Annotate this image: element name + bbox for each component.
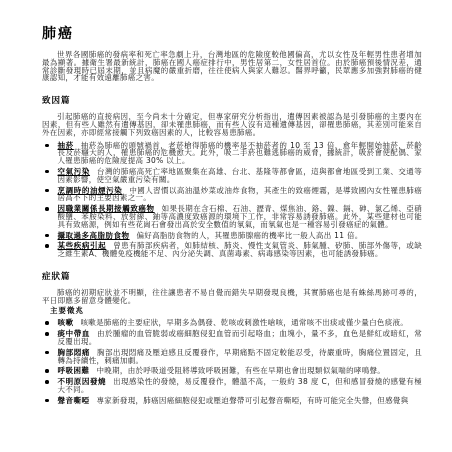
bullet-icon (45, 234, 49, 238)
bullet-icon (45, 207, 49, 211)
bullet-icon (45, 380, 49, 384)
bullet-text: 曾患有肺部疾病者，如肺結核、肺炎、慢性支氣管炎、肺氣腫、矽肺、肺部外傷等，或缺乏… (58, 241, 423, 258)
bullet-icon (45, 399, 49, 403)
bullet-icon (45, 170, 49, 174)
intro-paragraph: 世界各國肺癌的發病率和死亡率急劇上升，台灣地區的危險度較他國偏高，尤以女性及年輕… (42, 51, 422, 82)
list-item: 某些疾病引起曾患有肺部疾病者，如肺結核、肺炎、慢性支氣管炎、肺氣腫、矽肺、肺部外… (42, 242, 422, 258)
list-item: 空氣污染台灣的肺癌高死亡率地區聚集在高雄、台北、基隆等都會區，這與都會地區受到工… (42, 168, 422, 184)
bullet-text: 偏好高脂肪食物的人，其罹患肺腺癌的機率比一般人高出 11 倍。 (137, 231, 363, 240)
bullet-term: 攝取過多高脂肪食物 (58, 231, 130, 240)
bullet-text: 抽菸為肺癌的頭號禍首，老菸槍得肺癌的機率是不抽菸者的 10 至 13 倍，愈年輕… (58, 141, 423, 166)
list-item: 因職業關係長期接觸致癌物如果長期在含石棉、石油、瀝青、煤焦油、鉻、鎳、鎘、砷、氯… (42, 205, 422, 228)
bullet-text: 台灣的肺癌高死亡率地區聚集在高雄、台北、基隆等都會區，這與都會地區受到工業、交通… (58, 167, 423, 184)
list-item: 攝取過多高脂肪食物偏好高脂肪食物的人，其罹患肺腺癌的機率比一般人高出 11 倍。 (42, 232, 422, 240)
list-item: 胸部悶痛胸部出現悶痛及壓迫感且反覆發作，早期痛點不固定較能忍受，待嚴重時，胸痛位… (42, 349, 422, 365)
section-symptoms: 症狀篇 肺癌的初期症狀並不明顯，往往讓患者不易自覺而錯失早期發現良機，其實肺癌也… (42, 272, 422, 405)
bullet-icon (45, 244, 49, 248)
list-item: 咳嗽咳嗽是肺癌的主要症狀，早期多為偶發、乾咳或刺激性嗆咳，通常咳不出痰或僅少量白… (42, 319, 422, 327)
bullet-icon (45, 332, 49, 336)
bullet-term: 咳嗽 (58, 318, 74, 327)
section-heading: 致因篇 (42, 96, 422, 106)
bullet-icon (45, 321, 49, 325)
bullet-text: 出現感染性的發燒，易反覆發作，體溫不高，一般約 38 度 C，但和感冒發燒的感覺… (58, 377, 423, 394)
bullet-text: 由於腫瘤的血管脆弱或癌細胞侵犯血管而引起咯血；血塊小，量不多，血色是鮮紅或暗紅，… (58, 329, 423, 346)
list-item: 呼吸困難中晚期，由於呼吸道受阻將導致呼吸困難，有些在早期也會出現類似氣喘的哮鳴聲… (42, 367, 422, 375)
bullet-icon (45, 369, 49, 373)
bullet-term: 呼吸困難 (58, 366, 90, 375)
list-item: 抽菸抽菸為肺癌的頭號禍首，老菸槍得肺癌的機率是不抽菸者的 10 至 13 倍，愈… (42, 142, 422, 165)
page-title: 肺癌 (42, 26, 422, 42)
section-paragraph: 引起肺癌的直接病因，至今尚未十分確定，但專家研究分析指出，遺傳因素被認為是引發肺… (42, 113, 422, 136)
document-page: 肺癌 世界各國肺癌的發病率和死亡率急劇上升，台灣地區的危險度較他國偏高，尤以女性… (0, 0, 452, 452)
bullet-text: 中晚期，由於呼吸道受阻將導致呼吸困難，有些在早期也會出現類似氣喘的哮鳴聲。 (97, 366, 386, 375)
list-item: 聲音嘶啞專家新發現，肺癌因癌細胞侵犯或壓迫聲帶可引起聲音嘶啞，有時可能完全失聲，… (42, 397, 422, 405)
list-item: 痰中帶血由於腫瘤的血管脆弱或癌細胞侵犯血管而引起咯血；血塊小，量不多，血色是鮮紅… (42, 330, 422, 346)
bullet-icon (45, 351, 49, 355)
sub-heading: 主要徵兆 (50, 307, 422, 315)
bullet-icon (45, 189, 49, 193)
bullet-icon (45, 144, 49, 148)
causes-list: 抽菸抽菸為肺癌的頭號禍首，老菸槍得肺癌的機率是不抽菸者的 10 至 13 倍，愈… (42, 142, 422, 258)
bullet-text: 胸部出現悶痛及壓迫感且反覆發作，早期痛點不固定較能忍受，待嚴重時，胸痛位置固定，… (58, 348, 423, 365)
bullet-text: 專家新發現，肺癌因癌細胞侵犯或壓迫聲帶可引起聲音嘶啞，有時可能完全失聲，但感覺與 (97, 396, 409, 405)
bullet-text: 咳嗽是肺癌的主要症狀，早期多為偶發、乾咳或刺激性嗆咳，通常咳不出痰或僅少量白色痰… (81, 318, 409, 327)
section-paragraph: 肺癌的初期症狀並不明顯，往往讓患者不易自覺而錯失早期發現良機，其實肺癌也是有蛛絲… (42, 289, 422, 305)
list-item: 不明原因發燒出現感染性的發燒，易反覆發作，體溫不高，一般約 38 度 C，但和感… (42, 378, 422, 394)
section-causes: 致因篇 引起肺癌的直接病因，至今尚未十分確定，但專家研究分析指出，遺傳因素被認為… (42, 96, 422, 258)
list-item: 烹調時的油煙污染中國人習慣以高油溫炒菜或油炸食物，其產生的致癌煙霧，是導致國內女… (42, 187, 422, 203)
section-heading: 症狀篇 (42, 272, 422, 282)
bullet-term: 聲音嘶啞 (58, 396, 90, 405)
symptoms-list: 咳嗽咳嗽是肺癌的主要症狀，早期多為偶發、乾咳或刺激性嗆咳，通常咳不出痰或僅少量白… (42, 319, 422, 404)
